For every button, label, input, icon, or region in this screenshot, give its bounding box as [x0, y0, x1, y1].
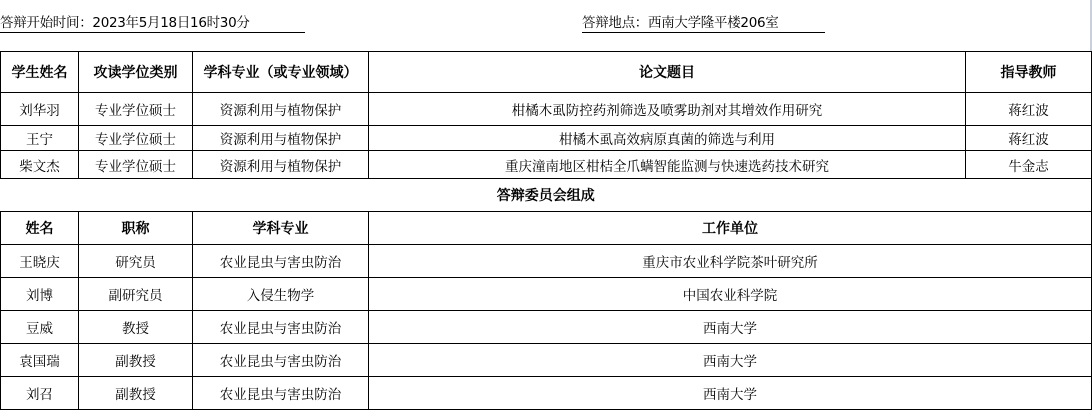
member-title: 研究员: [79, 245, 193, 278]
major: 资源利用与植物保护: [193, 126, 369, 151]
defense-time: 答辩开始时间：2023年5月18日16时30分: [0, 14, 305, 33]
col-work-unit: 工作单位: [369, 212, 1092, 245]
student-name: 王宁: [1, 126, 79, 151]
major: 资源利用与植物保护: [193, 151, 369, 179]
member-name: 刘博: [1, 278, 79, 311]
member-title: 副教授: [79, 377, 193, 410]
col-member-major: 学科专业: [193, 212, 369, 245]
table-row: 柴文杰 专业学位硕士 资源利用与植物保护 重庆潼南地区柑桔全爪螨智能监测与快速选…: [1, 151, 1092, 179]
major: 资源利用与植物保护: [193, 93, 369, 126]
committee-table-header: 姓名 职称 学科专业 工作单位: [1, 212, 1092, 245]
committee-title-row: 答辩委员会组成: [1, 179, 1092, 212]
student-table: 学生姓名 攻读学位类别 学科专业（或专业领域） 论文题目 指导教师 刘华羽 专业…: [0, 51, 1092, 179]
defense-location: 答辩地点：西南大学隆平楼206室: [582, 14, 825, 33]
member-title: 教授: [79, 311, 193, 344]
col-major: 学科专业（或专业领域）: [193, 52, 369, 93]
work-unit: 西南大学: [369, 311, 1092, 344]
col-degree-type: 攻读学位类别: [79, 52, 193, 93]
advisor: 蒋红波: [966, 126, 1092, 151]
col-thesis-title: 论文题目: [369, 52, 966, 93]
student-name: 柴文杰: [1, 151, 79, 179]
work-unit: 西南大学: [369, 344, 1092, 377]
member-name: 王晓庆: [1, 245, 79, 278]
member-major: 农业昆虫与害虫防治: [193, 377, 369, 410]
advisor: 牛金志: [966, 151, 1092, 179]
member-name: 豆威: [1, 311, 79, 344]
col-student-name: 学生姓名: [1, 52, 79, 93]
member-name: 袁国瑞: [1, 344, 79, 377]
student-name: 刘华羽: [1, 93, 79, 126]
member-title: 副研究员: [79, 278, 193, 311]
member-name: 刘召: [1, 377, 79, 410]
table-row: 刘召 副教授 农业昆虫与害虫防治 西南大学: [1, 377, 1092, 410]
work-unit: 重庆市农业科学院茶叶研究所: [369, 245, 1092, 278]
student-table-header: 学生姓名 攻读学位类别 学科专业（或专业领域） 论文题目 指导教师: [1, 52, 1092, 93]
committee-table: 答辩委员会组成 姓名 职称 学科专业 工作单位 王晓庆 研究员 农业昆虫与害虫防…: [0, 178, 1092, 410]
col-advisor: 指导教师: [966, 52, 1092, 93]
member-title: 副教授: [79, 344, 193, 377]
degree-type: 专业学位硕士: [79, 151, 193, 179]
degree-type: 专业学位硕士: [79, 93, 193, 126]
table-row: 王宁 专业学位硕士 资源利用与植物保护 柑橘木虱高效病原真菌的筛选与利用 蒋红波: [1, 126, 1092, 151]
table-row: 刘博 副研究员 入侵生物学 中国农业科学院: [1, 278, 1092, 311]
table-row: 王晓庆 研究员 农业昆虫与害虫防治 重庆市农业科学院茶叶研究所: [1, 245, 1092, 278]
member-major: 农业昆虫与害虫防治: [193, 245, 369, 278]
thesis-title: 重庆潼南地区柑桔全爪螨智能监测与快速选药技术研究: [369, 151, 966, 179]
degree-type: 专业学位硕士: [79, 126, 193, 151]
col-member-name: 姓名: [1, 212, 79, 245]
thesis-title: 柑橘木虱防控药剂筛选及喷雾助剂对其增效作用研究: [369, 93, 966, 126]
table-row: 刘华羽 专业学位硕士 资源利用与植物保护 柑橘木虱防控药剂筛选及喷雾助剂对其增效…: [1, 93, 1092, 126]
table-row: 豆威 教授 农业昆虫与害虫防治 西南大学: [1, 311, 1092, 344]
advisor: 蒋红波: [966, 93, 1092, 126]
committee-title: 答辩委员会组成: [1, 179, 1092, 212]
work-unit: 西南大学: [369, 377, 1092, 410]
thesis-title: 柑橘木虱高效病原真菌的筛选与利用: [369, 126, 966, 151]
col-member-title: 职称: [79, 212, 193, 245]
member-major: 入侵生物学: [193, 278, 369, 311]
work-unit: 中国农业科学院: [369, 278, 1092, 311]
member-major: 农业昆虫与害虫防治: [193, 344, 369, 377]
table-row: 袁国瑞 副教授 农业昆虫与害虫防治 西南大学: [1, 344, 1092, 377]
member-major: 农业昆虫与害虫防治: [193, 311, 369, 344]
